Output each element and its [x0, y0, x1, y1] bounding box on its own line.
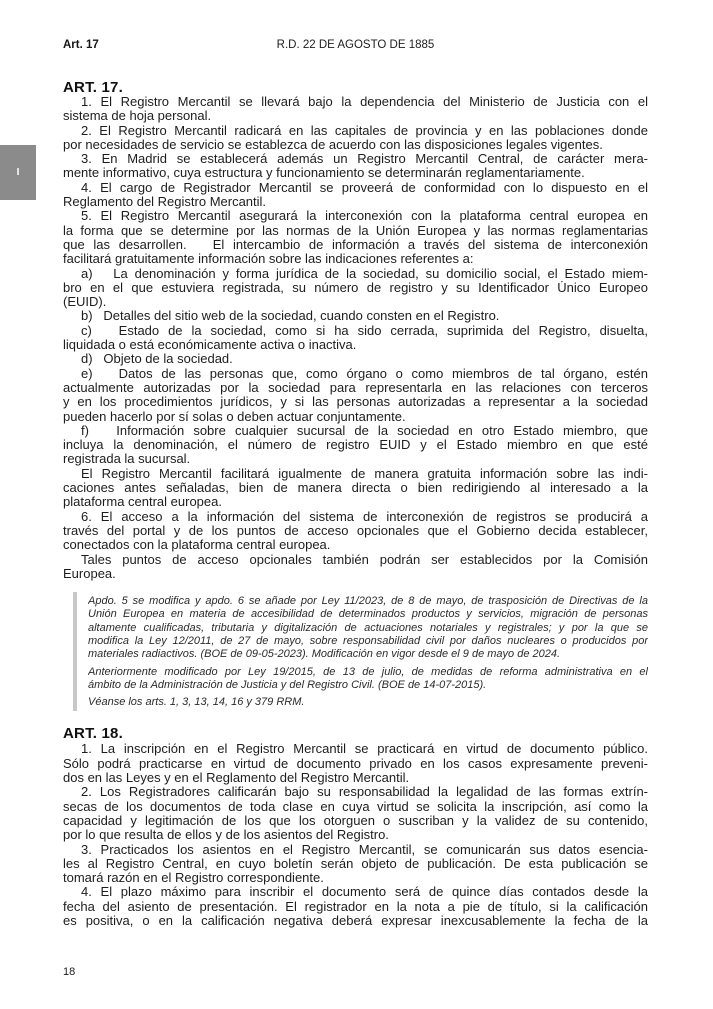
list-item-a: a) La denominación y forma jurídica de l…	[63, 267, 648, 310]
text-line: través del portal y de los puntos de acc…	[63, 524, 648, 538]
text-line: la forma que se determine por las normas…	[63, 224, 648, 238]
text-line: 4. El cargo de Registrador Mercantil se …	[63, 181, 648, 195]
text-line: 6. El acceso a la información del sistem…	[63, 510, 648, 524]
paragraph: 5. El Registro Mercantil asegurará la in…	[63, 209, 648, 266]
text-line: Apdo. 5 se modifica y apdo. 6 se añade p…	[88, 595, 648, 608]
text-line: 4. El plazo máximo para inscribir el doc…	[63, 885, 648, 899]
paragraph: 3. En Madrid se establecerá además un Re…	[63, 152, 648, 181]
text-line: facilitará gratuitamente información sob…	[63, 252, 648, 266]
text-line: ámbito de la Administración de Justicia …	[88, 679, 648, 692]
list-item-b: b) Detalles del sitio web de la sociedad…	[63, 309, 648, 323]
text-line: fecha del asiento de presentación. El re…	[63, 900, 648, 914]
list-item-f: f) Información sobre cualquier sucursal …	[63, 424, 648, 467]
article-17-heading: ART. 17.	[63, 80, 648, 95]
text-line: pueden hacerlo por sí solas o deben actu…	[63, 410, 648, 424]
text-line: 2. Los Registradores calificarán bajo su…	[63, 785, 648, 799]
text-line: b) Detalles del sitio web de la sociedad…	[63, 309, 648, 323]
text-column: ART. 17. 1. El Registro Mercantil se lle…	[63, 80, 648, 928]
text-line: a) La denominación y forma jurídica de l…	[63, 267, 648, 281]
text-line: les al Registro Central, en cuyo boletín…	[63, 857, 648, 871]
paragraph: 1. La inscripción en el Registro Mercant…	[63, 742, 648, 785]
text-line: actualmente autorizadas por la sociedad …	[63, 381, 648, 395]
text-line: es positiva, o en la calificación negati…	[63, 914, 648, 928]
paragraph: 3. Practicados los asientos en el Regist…	[63, 843, 648, 886]
header-document-title: R.D. 22 DE AGOSTO DE 1885	[63, 39, 648, 51]
paragraph: 6. El acceso a la información del sistem…	[63, 510, 648, 553]
text-line: f) Información sobre cualquier sucursal …	[63, 424, 648, 438]
list-item-d: d) Objeto de la sociedad.	[63, 352, 648, 366]
text-line: Reglamento del Registro Mercantil.	[63, 195, 648, 209]
text-line: dos en las Leyes y en el Reglamento del …	[63, 771, 648, 785]
section-index-tab: I	[0, 145, 36, 200]
text-line: modifica la Ley 12/2011, de 27 de mayo, …	[88, 635, 648, 648]
paragraph: 2. Los Registradores calificarán bajo su…	[63, 785, 648, 842]
paragraph: 1. El Registro Mercantil se llevará bajo…	[63, 95, 648, 124]
note-paragraph: Anteriormente modificado por Ley 19/2015…	[88, 666, 648, 693]
paragraph: Tales puntos de acceso opcionales tambié…	[63, 553, 648, 582]
text-line: (EUID).	[63, 295, 648, 309]
text-line: conectados con la plataforma central eur…	[63, 538, 648, 552]
text-line: 1. El Registro Mercantil se llevará bajo…	[63, 95, 648, 109]
text-line: 1. La inscripción en el Registro Mercant…	[63, 742, 648, 756]
text-line: altamente cualificadas, tributaria y dig…	[88, 622, 648, 635]
section-index-tab-label: I	[17, 167, 20, 178]
text-line: liquidada o está económicamente activa o…	[63, 338, 648, 352]
text-line: sistema de hoja personal.	[63, 109, 648, 123]
text-line: c) Estado de la sociedad, como si ha sid…	[63, 324, 648, 338]
text-line: Sólo podrá practicarse en virtud de docu…	[63, 757, 648, 771]
paragraph: 4. El plazo máximo para inscribir el doc…	[63, 885, 648, 928]
note-cross-reference: Véanse los arts. 1, 3, 13, 14, 16 y 379 …	[88, 696, 648, 709]
text-line: Unión Europea en materia de accesibilida…	[88, 608, 648, 621]
paragraph: El Registro Mercantil facilitará igualme…	[63, 467, 648, 510]
text-line: 3. En Madrid se establecerá además un Re…	[63, 152, 648, 166]
text-line: caciones antes señaladas, bien de manera…	[63, 481, 648, 495]
article-18-heading: ART. 18.	[63, 726, 648, 741]
text-line: e) Datos de las personas que, como órgan…	[63, 367, 648, 381]
list-item-c: c) Estado de la sociedad, como si ha sid…	[63, 324, 648, 353]
text-line: bro en el que estuviera registrada, su n…	[63, 281, 648, 295]
text-line: 2. El Registro Mercantil radicará en las…	[63, 124, 648, 138]
text-line: tomará razón en el Registro correspondie…	[63, 871, 648, 885]
text-line: 3. Practicados los asientos en el Regist…	[63, 843, 648, 857]
text-line: Anteriormente modificado por Ley 19/2015…	[88, 666, 648, 679]
text-line: El Registro Mercantil facilitará igualme…	[63, 467, 648, 481]
text-line: incluya la denominación, el número de re…	[63, 438, 648, 452]
text-line: Véanse los arts. 1, 3, 13, 14, 16 y 379 …	[88, 696, 648, 709]
text-line: mente informativo, cuya estructura y fun…	[63, 166, 648, 180]
text-line: 5. El Registro Mercantil asegurará la in…	[63, 209, 648, 223]
text-line: plataforma central europea.	[63, 495, 648, 509]
text-line: por lo que resulta de ellos y de los asi…	[63, 828, 648, 842]
article-18-body: 1. La inscripción en el Registro Mercant…	[63, 742, 648, 928]
text-line: y en los procedimientos jurídicos, y si …	[63, 395, 648, 409]
text-line: secas de los documentos de toda clase en…	[63, 800, 648, 814]
text-line: Europea.	[63, 567, 648, 581]
amendment-note: Apdo. 5 se modifica y apdo. 6 se añade p…	[73, 592, 648, 711]
document-page: Art. 17 R.D. 22 DE AGOSTO DE 1885 I ART.…	[0, 0, 713, 1009]
text-line: capacidad y legitimación de los que los …	[63, 814, 648, 828]
paragraph: 2. El Registro Mercantil radicará en las…	[63, 124, 648, 153]
text-line: Tales puntos de acceso opcionales tambié…	[63, 553, 648, 567]
text-line: por necesidades de servicio se establezc…	[63, 138, 648, 152]
text-line: registrada la sucursal.	[63, 452, 648, 466]
text-line: materiales radiactivos. (BOE de 09-05-20…	[88, 648, 648, 661]
paragraph: 4. El cargo de Registrador Mercantil se …	[63, 181, 648, 210]
text-line: d) Objeto de la sociedad.	[63, 352, 648, 366]
list-item-e: e) Datos de las personas que, como órgan…	[63, 367, 648, 424]
running-header: Art. 17 R.D. 22 DE AGOSTO DE 1885	[63, 39, 648, 54]
note-paragraph: Apdo. 5 se modifica y apdo. 6 se añade p…	[88, 595, 648, 661]
article-17-body: 1. El Registro Mercantil se llevará bajo…	[63, 95, 648, 581]
page-number: 18	[63, 966, 75, 978]
text-line: que las desarrollen. El intercambio de i…	[63, 238, 648, 252]
